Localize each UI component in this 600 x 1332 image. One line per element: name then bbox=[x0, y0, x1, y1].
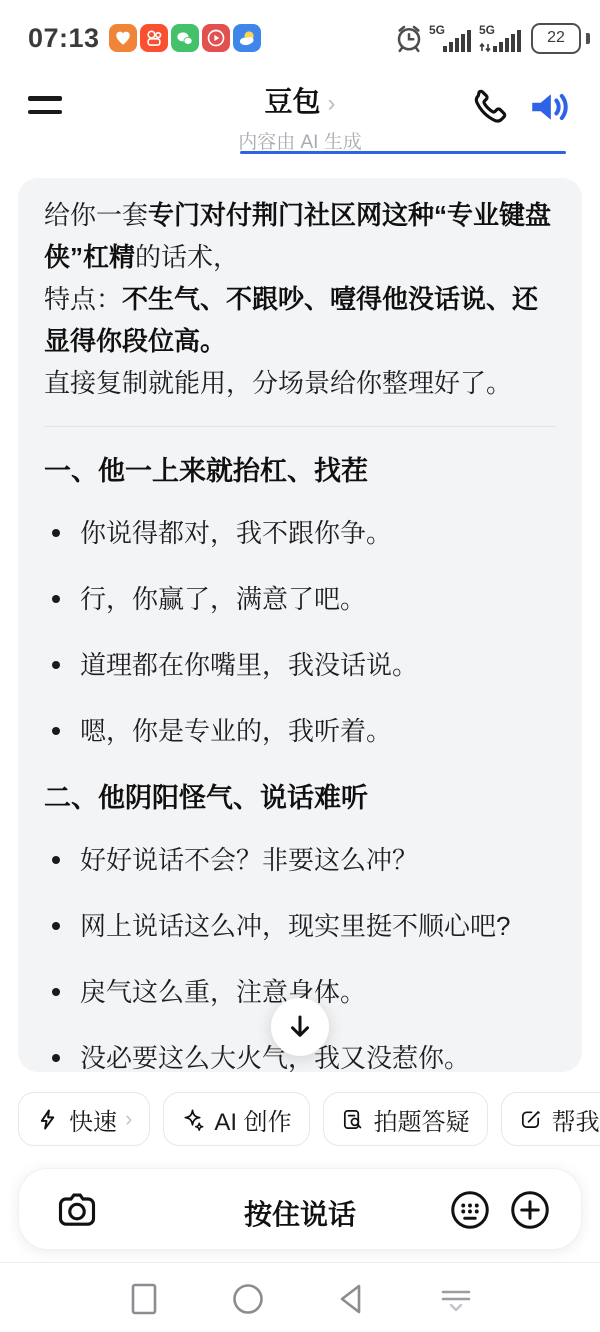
kuaishou-app-icon bbox=[140, 24, 168, 52]
chat-header: 豆包› 内容由 AI 生成 bbox=[0, 60, 600, 164]
nav-recents-button[interactable] bbox=[126, 1282, 162, 1321]
alarm-icon bbox=[394, 23, 424, 53]
bullet-text: 嗯，你是专业的，我听着。 bbox=[80, 710, 392, 752]
bullet-dot-icon bbox=[52, 529, 60, 537]
ai-disclaimer: 内容由 AI 生成 bbox=[150, 127, 450, 154]
chevron-right-icon: › bbox=[125, 1106, 132, 1132]
chevron-right-icon: › bbox=[328, 90, 336, 117]
square-icon bbox=[126, 1282, 162, 1318]
keyboard-toggle-button[interactable] bbox=[449, 1189, 491, 1234]
speaker-on-icon bbox=[528, 86, 572, 128]
status-indicators: 5G 5G 22 bbox=[394, 22, 590, 54]
message-bullet-item: 行，你赢了，满意了吧。 bbox=[44, 578, 556, 620]
more-actions-button[interactable] bbox=[509, 1189, 551, 1234]
quick-action-photo-solve[interactable]: 拍题答疑 bbox=[323, 1092, 488, 1146]
weather-app-icon bbox=[233, 24, 261, 52]
message-bullet-item: 网上说话这么冲，现实里挺不顺心吧? bbox=[44, 905, 556, 947]
bullet-dot-icon bbox=[52, 1054, 60, 1062]
scroll-to-bottom-button[interactable] bbox=[271, 998, 329, 1056]
hide-navbar-icon bbox=[438, 1282, 474, 1318]
clock-time: 07:13 bbox=[28, 23, 100, 54]
hold-to-talk-label: 按住说话 bbox=[19, 1193, 581, 1233]
phone-screen: 07:13 5G 5G bbox=[0, 0, 600, 1332]
menu-icon[interactable] bbox=[28, 96, 62, 118]
message-paragraph: 直接复制就能用，分场景给你整理好了。 bbox=[44, 362, 556, 404]
nav-back-button[interactable] bbox=[334, 1282, 370, 1321]
back-triangle-icon bbox=[334, 1282, 370, 1318]
message-bullet-item: 你说得都对，我不跟你争。 bbox=[44, 512, 556, 554]
message-divider bbox=[44, 426, 556, 427]
bullet-dot-icon bbox=[52, 595, 60, 603]
signal-2-icon: 5G bbox=[478, 22, 524, 54]
bullet-dot-icon bbox=[52, 661, 60, 669]
tts-speaker-button[interactable] bbox=[528, 86, 572, 131]
notification-app-icons bbox=[109, 24, 261, 52]
message-content: 给你一套专门对付荆门社区网这种“专业键盘侠”杠精的话术，特点：不生气、不跟吵、噎… bbox=[44, 194, 556, 1072]
audio-progress-bar bbox=[240, 151, 566, 154]
bullet-dot-icon bbox=[52, 922, 60, 930]
bullet-text: 道理都在你嘴里，我没话说。 bbox=[80, 644, 418, 686]
status-bar: 07:13 5G 5G bbox=[0, 0, 600, 60]
message-section-heading: 一、他一上来就抬杠、找茬 bbox=[44, 449, 556, 488]
nav-divider bbox=[0, 1262, 600, 1263]
hold-to-talk-bar[interactable]: 按住说话 bbox=[18, 1168, 582, 1250]
bot-title-block[interactable]: 豆包› 内容由 AI 生成 bbox=[150, 80, 450, 154]
photo-question-icon bbox=[341, 1108, 364, 1131]
lightning-icon bbox=[36, 1108, 59, 1131]
message-section-heading: 二、他阴阳怪气、说话难听 bbox=[44, 776, 556, 815]
nav-home-button[interactable] bbox=[230, 1282, 266, 1321]
message-paragraph: 给你一套专门对付荆门社区网这种“专业键盘侠”杠精的话术， bbox=[44, 194, 556, 278]
quick-action-label: 帮我写作 bbox=[552, 1102, 600, 1137]
battery-percent: 22 bbox=[547, 29, 565, 47]
bullet-text: 你说得都对，我不跟你争。 bbox=[80, 512, 392, 554]
voice-call-button[interactable] bbox=[468, 86, 510, 131]
quick-action-write[interactable]: 帮我写作 bbox=[501, 1092, 600, 1146]
quick-action-label: 快速 bbox=[69, 1102, 117, 1137]
phone-icon bbox=[468, 86, 510, 128]
battery-icon: 22 bbox=[531, 23, 581, 54]
circle-icon bbox=[230, 1282, 266, 1318]
sparkle-icon bbox=[181, 1108, 204, 1131]
bullet-dot-icon bbox=[52, 988, 60, 996]
message-paragraph: 特点：不生气、不跟吵、噎得他没话说、还显得你段位高。 bbox=[44, 278, 556, 362]
heart-app-icon bbox=[109, 24, 137, 52]
wechat-app-icon bbox=[171, 24, 199, 52]
svg-text:5G: 5G bbox=[479, 23, 495, 37]
bullet-text: 网上说话这么冲，现实里挺不顺心吧? bbox=[80, 905, 510, 947]
bullet-dot-icon bbox=[52, 727, 60, 735]
keyboard-icon bbox=[449, 1189, 491, 1231]
bullet-text: 行，你赢了，满意了吧。 bbox=[80, 578, 366, 620]
quick-action-fast[interactable]: 快速 › bbox=[18, 1092, 150, 1146]
arrow-down-icon bbox=[285, 1012, 315, 1042]
svg-text:5G: 5G bbox=[429, 23, 445, 37]
plus-icon bbox=[509, 1189, 551, 1231]
message-bullet-item: 嗯，你是专业的，我听着。 bbox=[44, 710, 556, 752]
message-bullet-item: 好好说话不会？非要这么冲？ bbox=[44, 839, 556, 881]
compose-icon bbox=[519, 1108, 542, 1131]
quick-action-ai-create[interactable]: AI 创作 bbox=[163, 1092, 309, 1146]
bullet-text: 好好说话不会？非要这么冲？ bbox=[80, 839, 418, 881]
signal-1-icon: 5G bbox=[428, 22, 474, 54]
bullet-text: 戾气这么重，注意身体。 bbox=[80, 971, 366, 1013]
bullet-dot-icon bbox=[52, 856, 60, 864]
video-app-icon bbox=[202, 24, 230, 52]
nav-hide-button[interactable] bbox=[438, 1282, 474, 1321]
battery-nub bbox=[586, 33, 590, 44]
page-title: 豆包 bbox=[264, 86, 320, 117]
message-bullet-item: 道理都在你嘴里，我没话说。 bbox=[44, 644, 556, 686]
assistant-message-card: 给你一套专门对付荆门社区网这种“专业键盘侠”杠精的话术，特点：不生气、不跟吵、噎… bbox=[18, 178, 582, 1072]
quick-actions-row: 快速 › AI 创作 拍题答疑 帮我写作 bbox=[0, 1092, 600, 1148]
quick-action-label: 拍题答疑 bbox=[374, 1102, 470, 1137]
quick-action-label: AI 创作 bbox=[214, 1102, 291, 1137]
